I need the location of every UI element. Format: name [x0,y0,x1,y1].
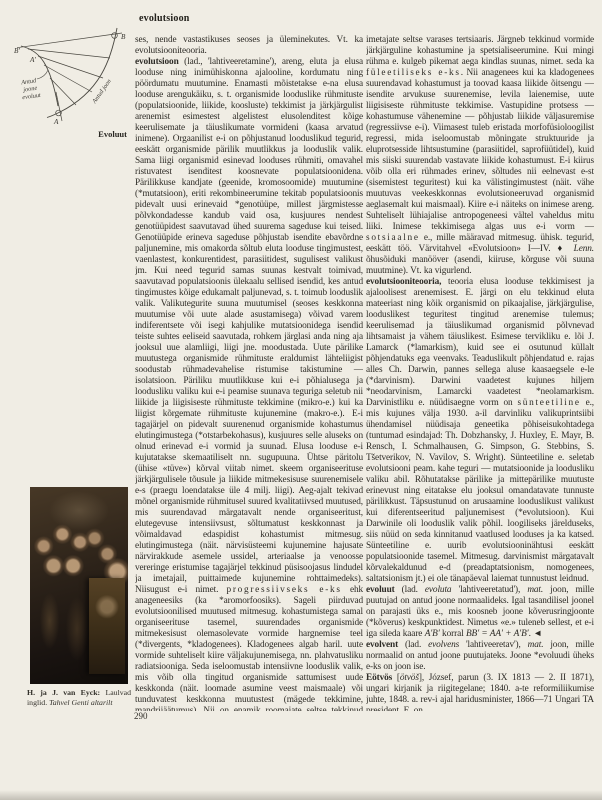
text-segment: ötvöš [400,673,419,683]
paragraph: evolutsiooniteooria, teooria elusa loodu… [366,277,594,585]
paragraph: evoluut (lad. evoluta 'lahtiveeretatud')… [366,585,594,640]
text-segment: (lad. [405,640,428,650]
diagram-strokes [17,28,122,121]
text-segment: (lad., 'lahtiveeretamine'), areng, eluta… [135,57,363,595]
paragraph: imetajate seltse varases tertsiaaris. Jä… [366,35,594,277]
label-leader-line [37,70,48,79]
text-segment: evolutsioon [135,57,184,67]
point-label-b-prime: B′ [14,47,20,55]
text-segment: füleetiliseks e-ks [366,68,461,78]
text-segment: BB′ = AA′ + A′B′ [466,629,529,639]
text-segment: õhusõiduki manööver (asendi, kiiruse, kõ… [366,255,594,276]
evolute-diagram: B′ A′ A B Antud joone evoluut Antud joon… [12,26,132,139]
text-segment: Tahvel Genti altarilt [49,698,112,707]
text-segment: evolvent [366,640,405,650]
text-segment: evoluta [425,585,452,595]
text-segment: A′B′ [425,629,440,639]
text-segment: (lad. [402,585,425,595]
paragraph: H. ja J. van Eyck: Laulvad inglid. Tahve… [27,688,131,707]
text-segment: ehk anageneesiks (ka *aromorfoosiks). Sa… [135,585,363,711]
text-segment: . Nii anagenees kui ka kladogenees suure… [366,68,594,232]
text-segment: sünteetiline [517,398,580,408]
paragraph: Eötvös [ötvöš], József, parun (3. IX 181… [366,673,594,711]
page-number: 290 [134,711,148,721]
text-segment: ses, nende vastastikuses seoses ja ülemi… [135,35,363,56]
running-head: evolutsioon [139,13,190,24]
text-segment: progressiivseks e-ks [227,585,342,595]
point-b-marker [112,33,118,39]
figure-caption: H. ja J. van Eyck: Laulvad inglid. Tahve… [27,688,131,707]
point-label-b: B [121,33,126,41]
text-segment: 'lahtiveeretav'), [459,640,528,650]
text-column-left: ses, nende vastastikuses seoses ja ülemi… [135,35,363,711]
text-segment: H. ja J. van Eyck: [27,688,105,697]
svg-text:evoluut: evoluut [22,92,42,102]
given-curve-label: Antud joon [91,78,113,106]
evolute-label: Antud joone evoluut [20,77,42,101]
text-segment: e., mis kujunes välja 1930. a-il darvinl… [366,398,594,584]
text-segment: . ◄ [529,629,543,639]
text-segment: imetajate seltse varases tertsiaaris. Jä… [366,35,594,67]
point-label-a: A [53,118,59,126]
lectern-detail [89,578,125,674]
text-segment: evolvens [428,640,459,650]
text-segment: teooria elusa looduse tekkimisest ja aja… [366,277,594,408]
paragraph: evolutsioon (lad., 'lahtiveeretamine'), … [135,57,363,711]
diagram-caption: Evoluut [12,129,132,139]
text-segment: Eötvös [366,673,397,683]
text-segment: evolutsiooniteooria, [366,277,441,287]
text-segment: mat. [527,585,543,595]
text-segment: Lenn. [574,244,594,254]
text-column-right: imetajate seltse varases tertsiaaris. Jä… [366,35,594,711]
point-label-a-prime: A′ [29,56,36,64]
text-segment: 'lahtiveeretatud'), [451,585,527,595]
paragraph: ses, nende vastastikuses seoses ja ülemi… [135,35,363,57]
evolute-diagram-canvas: B′ A′ A B Antud joone evoluut Antud joon [12,26,132,128]
van-eyck-painting [30,487,128,684]
text-segment: evoluut [366,585,402,595]
text-segment: sotsiaalne [366,233,420,243]
paragraph: evolvent (lad. evolvens 'lahtiveeretav')… [366,640,594,673]
text-segment: mat. [528,640,544,650]
encyclopedia-page: evolutsioon [0,0,602,800]
text-segment: korral [440,629,466,639]
